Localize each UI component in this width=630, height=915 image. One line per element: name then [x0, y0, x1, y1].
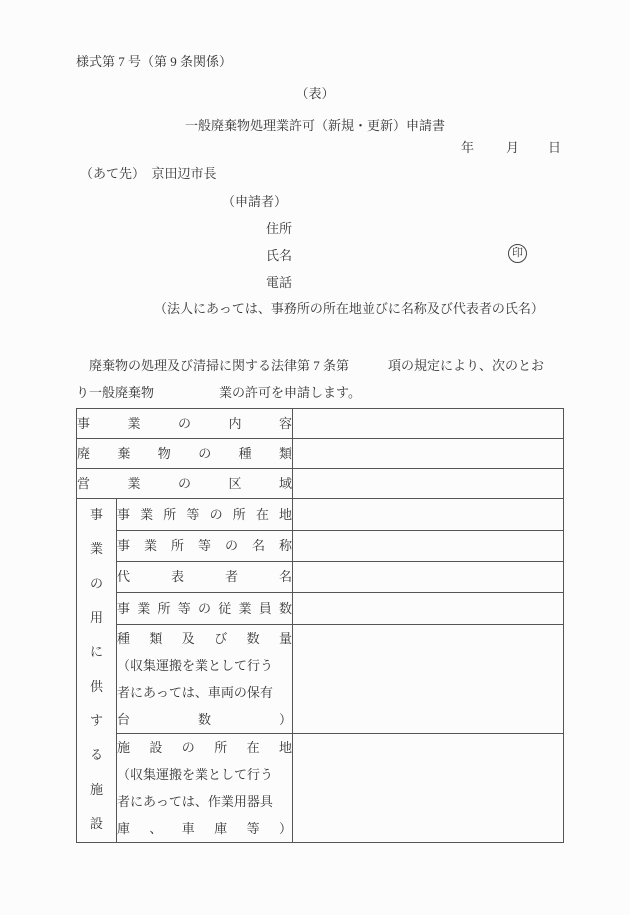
row-type-and-quantity-label: 種類及び数量 （収集運搬を業として行う 者にあっては、車両の保有 台数）	[117, 625, 293, 734]
row-office-name-value	[293, 531, 564, 562]
row-business-area-value	[293, 469, 564, 499]
row-representative-name-label: 代表者名	[117, 562, 293, 593]
row-business-content-value	[293, 409, 564, 439]
addressee-line: （あて先） 京田辺市長	[80, 165, 217, 183]
seal-mark: 印	[508, 244, 527, 263]
vertical-header-cell: 事業の用に供する施設	[77, 499, 117, 843]
row-office-location-value	[293, 499, 564, 531]
vertical-header: 事業の用に供する施設	[77, 504, 116, 832]
address-label: 住所	[266, 220, 292, 238]
row-office-location-label: 事業所等の所在地	[117, 499, 293, 531]
row-waste-type-label: 廃棄物の種類	[77, 439, 293, 469]
row-waste-type: 廃棄物の種類	[77, 439, 564, 469]
year-label: 年	[461, 139, 474, 157]
row-business-content: 事業の内容	[77, 409, 564, 439]
form-number: 様式第 7 号（第 9 条関係）	[76, 53, 232, 71]
application-table: 事業の内容 廃棄物の種類 営業の区域 事業の用に供する施設 事業所等の所在地	[76, 408, 564, 843]
row-office-employees: 事業所等の従業員数	[77, 593, 564, 625]
body-paragraph-line-1: 廃棄物の処理及び清掃に関する法律第 7 条第 項の規定により、次のとお	[89, 357, 544, 375]
row-office-name-label: 事業所等の名称	[117, 531, 293, 562]
applicant-label: （申請者）	[222, 193, 287, 211]
corporate-note: （法人にあっては、事務所の所在地並びに名称及び代表者の氏名）	[154, 300, 544, 318]
row-type-and-quantity: 種類及び数量 （収集運搬を業として行う 者にあっては、車両の保有 台数）	[77, 625, 564, 734]
row-business-area-label: 営業の区域	[77, 469, 293, 499]
row-type-and-quantity-value	[293, 625, 564, 734]
row-facility-location: 施設の所在地 （収集運搬を業として行う 者にあっては、作業用器具 庫、車庫等）	[77, 734, 564, 843]
row-waste-type-value	[293, 439, 564, 469]
row-facility-location-value	[293, 734, 564, 843]
form-title: 一般廃棄物処理業許可（新規・更新）申請書	[0, 117, 630, 135]
phone-label: 電話	[266, 274, 292, 292]
row-office-employees-value	[293, 593, 564, 625]
row-representative-name: 代表者名	[77, 562, 564, 593]
name-label: 氏名	[266, 247, 292, 265]
sheet-side-label: （表）	[0, 85, 630, 103]
row-business-area: 営業の区域	[77, 469, 564, 499]
row-office-name: 事業所等の名称	[77, 531, 564, 562]
row-office-location: 事業の用に供する施設 事業所等の所在地	[77, 499, 564, 531]
day-label: 日	[548, 139, 561, 157]
month-label: 月	[506, 139, 519, 157]
row-facility-location-label: 施設の所在地 （収集運搬を業として行う 者にあっては、作業用器具 庫、車庫等）	[117, 734, 293, 843]
row-business-content-label: 事業の内容	[77, 409, 293, 439]
form-page: 様式第 7 号（第 9 条関係） （表） 一般廃棄物処理業許可（新規・更新）申請…	[0, 0, 630, 915]
row-office-employees-label: 事業所等の従業員数	[117, 593, 293, 625]
body-paragraph-line-2: り一般廃棄物 業の許可を申請します。	[76, 384, 361, 402]
row-representative-name-value	[293, 562, 564, 593]
